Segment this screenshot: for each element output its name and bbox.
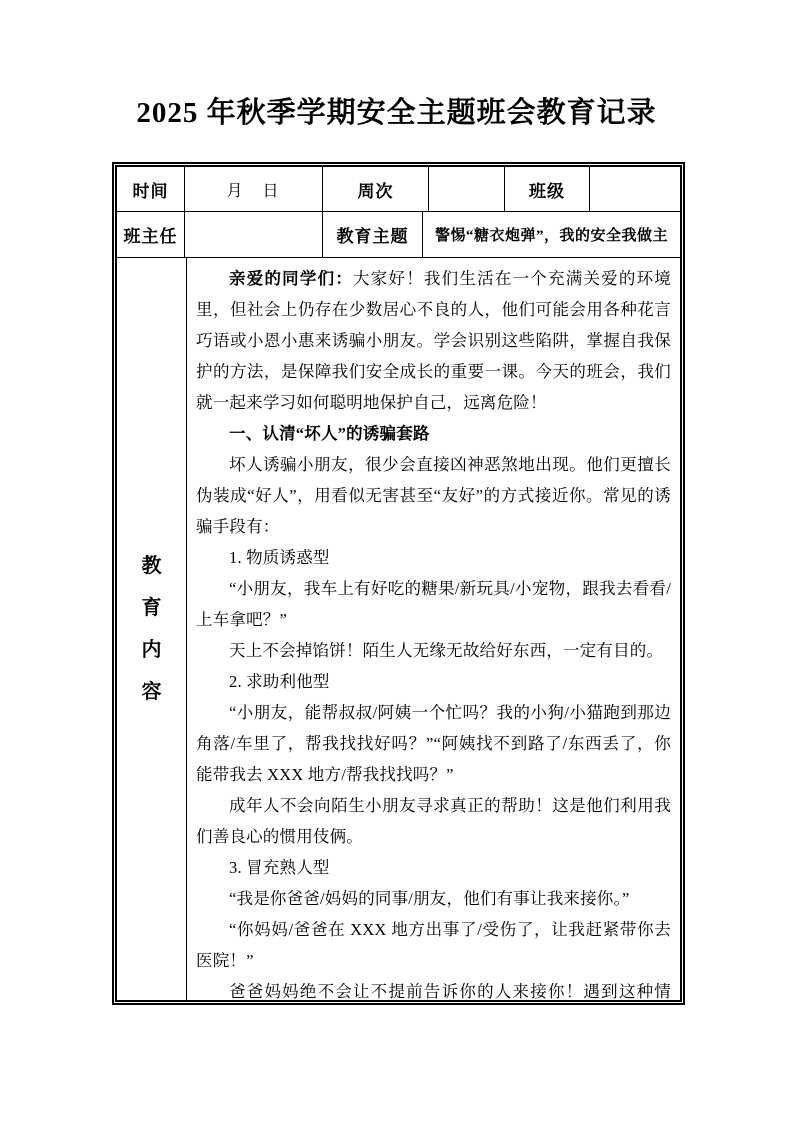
- content-label-char: 内: [142, 629, 162, 671]
- content-label-char: 育: [142, 587, 162, 629]
- content-paragraph: 3. 冒充熟人型: [196, 852, 671, 883]
- paragraph-lead: 亲爱的同学们：: [229, 269, 353, 288]
- header-row: 时间 月 日 周次 班级: [117, 167, 680, 212]
- theme-label: 教育主题: [323, 212, 423, 257]
- content-paragraph: “小朋友，能帮叔叔/阿姨一个忙吗？我的小狗/小猫跑到那边角落/车里了，帮我找找好…: [196, 697, 671, 790]
- content-paragraph: “我是你爸爸/妈妈的同事/朋友，他们有事让我来接你。”: [196, 883, 671, 914]
- content-paragraph: 2. 求助利他型: [196, 666, 671, 697]
- content-paragraph: “小朋友，我车上有好吃的糖果/新玩具/小宠物，跟我去看看/上车拿吧？”: [196, 573, 671, 635]
- theme-value: 警惕“糖衣炮弹”，我的安全我做主: [423, 212, 680, 257]
- time-value-cell: 月 日: [185, 167, 323, 211]
- content-row: 教 育 内 容 亲爱的同学们：大家好！我们生活在一个充满关爱的环境里，但社会上仍…: [117, 258, 680, 1000]
- content-paragraph: “你妈妈/爸爸在 XXX 地方出事了/受伤了，让我赶紧带你去医院！”: [196, 914, 671, 976]
- content-label-char: 容: [142, 671, 162, 713]
- teacher-row: 班主任 教育主题 警惕“糖衣炮弹”，我的安全我做主: [117, 212, 680, 258]
- week-value-cell: [429, 167, 505, 211]
- week-label: 周次: [323, 167, 429, 211]
- time-label: 时间: [117, 167, 185, 211]
- content-paragraph: 天上不会掉馅饼！陌生人无缘无故给好东西，一定有目的。: [196, 635, 671, 666]
- document-page: 2025 年秋季学期安全主题班会教育记录 时间 月 日 周次 班级 班主任 教育…: [0, 0, 793, 1122]
- content-paragraph: 一、认清“坏人”的诱骗套路: [196, 418, 671, 449]
- content-paragraph: 成年人不会向陌生小朋友寻求真正的帮助！这是他们利用我们善良心的惯用伎俩。: [196, 790, 671, 852]
- class-value-cell: [590, 167, 680, 211]
- content-paragraph: 坏人诱骗小朋友，很少会直接凶神恶煞地出现。他们更擅长伪装成“好人”，用看似无害甚…: [196, 449, 671, 542]
- education-content-text: 亲爱的同学们：大家好！我们生活在一个充满关爱的环境里，但社会上仍存在少数居心不良…: [187, 258, 680, 1000]
- content-label-char: 教: [142, 545, 162, 587]
- teacher-value-cell: [185, 212, 323, 257]
- content-label: 教 育 内 容: [117, 258, 187, 1000]
- content-paragraph: 爸爸妈妈绝不会让不提前告诉你的人来接你！遇到这种情况，: [196, 976, 671, 1000]
- content-paragraph: 1. 物质诱惑型: [196, 542, 671, 573]
- page-title: 2025 年秋季学期安全主题班会教育记录: [0, 90, 793, 131]
- teacher-label: 班主任: [117, 212, 185, 257]
- class-label: 班级: [505, 167, 590, 211]
- content-paragraph: 亲爱的同学们：大家好！我们生活在一个充满关爱的环境里，但社会上仍存在少数居心不良…: [196, 263, 671, 418]
- record-table: 时间 月 日 周次 班级 班主任 教育主题 警惕“糖衣炮弹”，我的安全我做主 教…: [112, 162, 685, 1005]
